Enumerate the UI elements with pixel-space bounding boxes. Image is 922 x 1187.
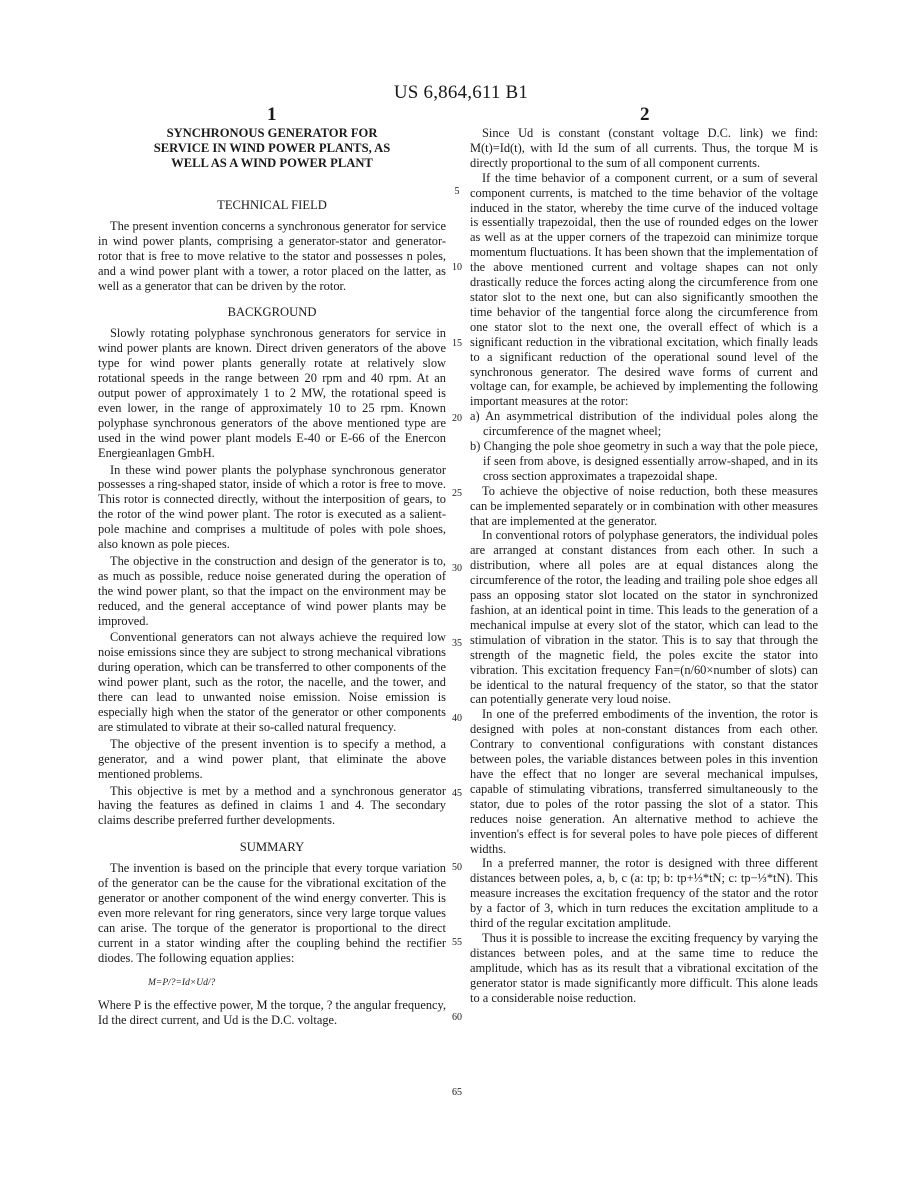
- paragraph: The objective of the present invention i…: [98, 737, 446, 782]
- left-column-number: 1: [267, 104, 277, 126]
- paragraph: If the time behavior of a component curr…: [470, 171, 818, 410]
- section-heading-summary: SUMMARY: [98, 840, 446, 855]
- paragraph: Since Ud is constant (constant voltage D…: [470, 126, 818, 171]
- line-number: 35: [447, 638, 467, 649]
- paragraph: Where P is the effective power, M the to…: [98, 998, 446, 1028]
- paragraph: The objective in the construction and de…: [98, 554, 446, 629]
- patent-number-header: US 6,864,611 B1: [0, 82, 922, 104]
- left-column: SYNCHRONOUS GENERATOR FOR SERVICE IN WIN…: [98, 126, 446, 1028]
- line-number: 50: [447, 862, 467, 873]
- list-item: a) An asymmetrical distribution of the i…: [470, 409, 818, 439]
- right-column: Since Ud is constant (constant voltage D…: [470, 126, 818, 1005]
- line-number: 25: [447, 488, 467, 499]
- document-title: SYNCHRONOUS GENERATOR FOR SERVICE IN WIN…: [98, 126, 446, 171]
- paragraph: In a preferred manner, the rotor is desi…: [470, 856, 818, 931]
- line-number: 15: [447, 338, 467, 349]
- title-line: SYNCHRONOUS GENERATOR FOR: [98, 126, 446, 141]
- section-heading-technical-field: TECHNICAL FIELD: [98, 198, 446, 213]
- paragraph: The present invention concerns a synchro…: [98, 219, 446, 294]
- line-number: 10: [447, 262, 467, 273]
- paragraph: In one of the preferred embodiments of t…: [470, 707, 818, 856]
- line-number: 30: [447, 563, 467, 574]
- paragraph: This objective is met by a method and a …: [98, 784, 446, 829]
- line-number: 55: [447, 937, 467, 948]
- line-number: 60: [447, 1012, 467, 1023]
- paragraph: The invention is based on the principle …: [98, 861, 446, 965]
- paragraph: Slowly rotating polyphase synchronous ge…: [98, 326, 446, 460]
- paragraph: To achieve the objective of noise reduct…: [470, 484, 818, 529]
- paragraph: In these wind power plants the polyphase…: [98, 463, 446, 552]
- paragraph: In conventional rotors of polyphase gene…: [470, 528, 818, 707]
- title-line: SERVICE IN WIND POWER PLANTS, AS: [98, 141, 446, 156]
- right-column-number: 2: [640, 104, 650, 126]
- title-line: WELL AS A WIND POWER PLANT: [98, 156, 446, 171]
- section-heading-background: BACKGROUND: [98, 305, 446, 320]
- line-number: 20: [447, 413, 467, 424]
- line-number: 5: [447, 186, 467, 197]
- list-item: b) Changing the pole shoe geometry in su…: [470, 439, 818, 484]
- line-number: 45: [447, 788, 467, 799]
- line-number: 40: [447, 713, 467, 724]
- equation: M=P/?=Id×Ud/?: [148, 976, 446, 991]
- line-number: 65: [447, 1087, 467, 1098]
- paragraph: Thus it is possible to increase the exci…: [470, 931, 818, 1006]
- paragraph: Conventional generators can not always a…: [98, 630, 446, 734]
